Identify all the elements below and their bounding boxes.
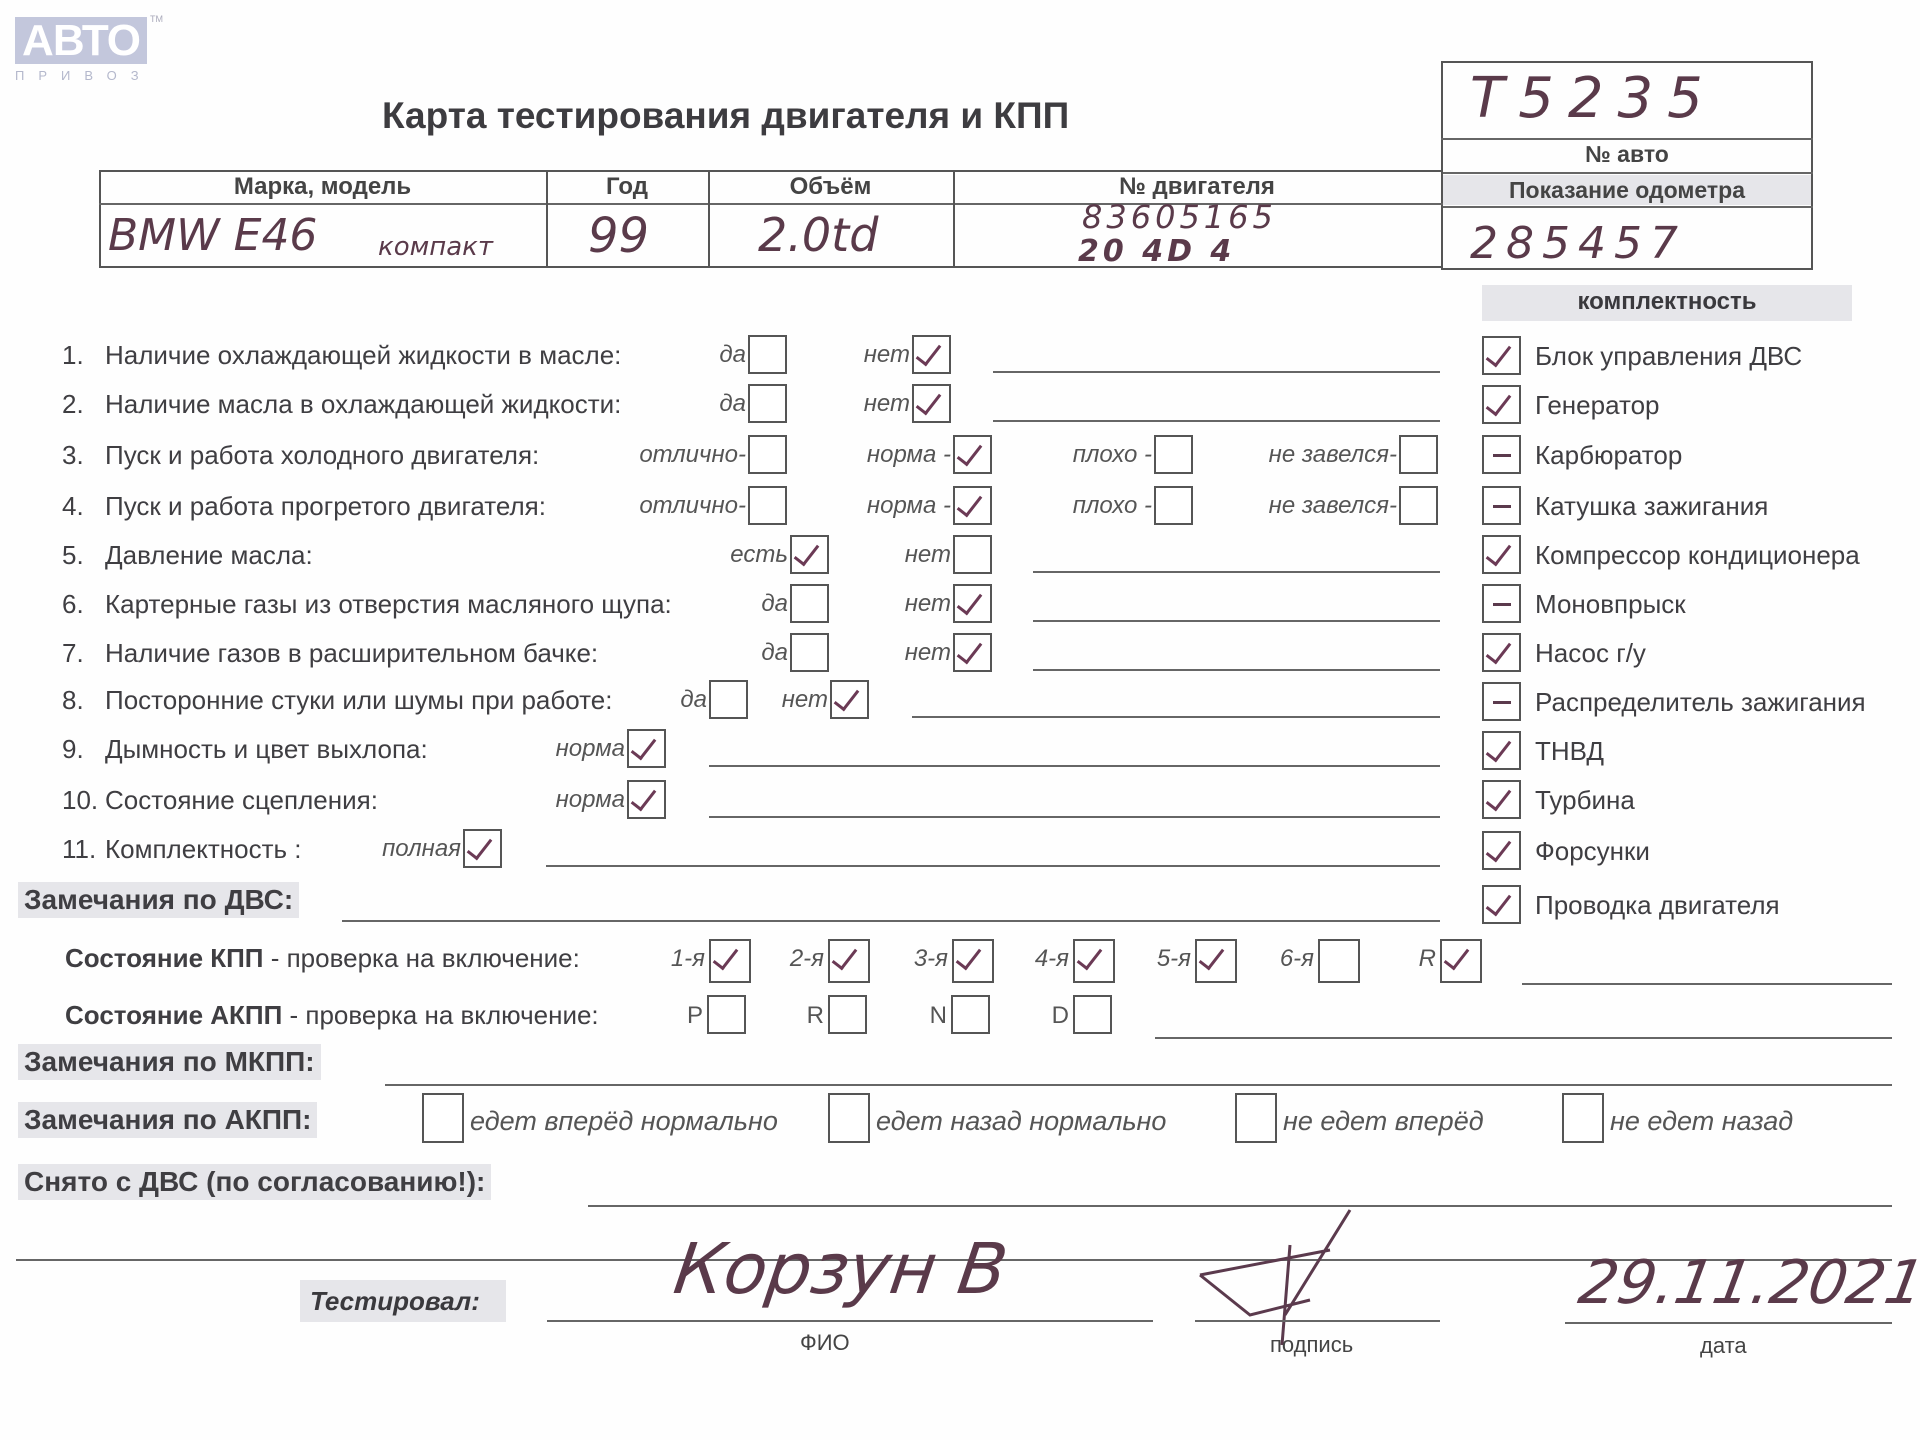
item-number: 3. [62, 440, 84, 471]
completeness-item-label: Моновпрыск [1535, 589, 1686, 620]
item-number: 1. [62, 340, 84, 371]
item-label: Состояние сцепления: [105, 785, 378, 816]
gear-label: 6-я [1248, 945, 1314, 973]
mode-checkbox[interactable] [1073, 995, 1112, 1034]
option-checkbox[interactable] [912, 384, 951, 423]
mkpp-remarks-label: Замечания по МКПП: [18, 1044, 321, 1080]
gear-label: 3-я [880, 945, 948, 973]
completeness-item-label: Карбюратор [1535, 440, 1682, 471]
completeness-item-label: Проводка двигателя [1535, 890, 1780, 921]
mode-label: N [903, 1002, 947, 1030]
akpp-remark-label: не едет вперёд [1283, 1106, 1484, 1137]
item-notes-line[interactable] [1033, 571, 1440, 573]
item-number: 6. [62, 589, 84, 620]
column-header-volume: Объём [708, 173, 953, 201]
mkpp-remarks-line[interactable] [385, 1084, 1892, 1086]
option-checkbox[interactable] [953, 633, 992, 672]
option-label: нет [690, 341, 910, 369]
akpp-remark-label: не едет назад [1610, 1106, 1793, 1137]
auto-gearbox-title: Состояние АКПП [65, 1000, 282, 1030]
completeness-item-label: Компрессор кондиционера [1535, 540, 1860, 571]
completeness-item-label: Блок управления ДВС [1535, 341, 1802, 372]
date-line [1565, 1322, 1892, 1324]
date-caption: дата [1700, 1333, 1747, 1359]
gear-label: 1-я [640, 945, 705, 973]
completeness-checkbox[interactable] [1482, 633, 1521, 672]
item-notes-line[interactable] [993, 371, 1440, 373]
item-label: Давление масла: [105, 540, 313, 571]
mode-checkbox[interactable] [707, 995, 746, 1034]
completeness-item-label: Распределитель зажигания [1535, 687, 1866, 718]
signature-line [1195, 1320, 1440, 1322]
option-checkbox[interactable] [627, 780, 666, 819]
option-label: нет [720, 541, 951, 569]
manual-gearbox-title: Состояние КПП [65, 943, 264, 973]
volume-value[interactable]: 2.0td [758, 208, 878, 262]
gear-checkbox[interactable] [709, 939, 751, 983]
item-notes-line[interactable] [1033, 620, 1440, 622]
item-notes-line[interactable] [709, 816, 1440, 818]
item-number: 4. [62, 491, 84, 522]
engine-remarks-line[interactable] [342, 920, 1440, 922]
completeness-checkbox[interactable] [1482, 780, 1521, 819]
option-checkbox[interactable] [912, 335, 951, 374]
mode-checkbox[interactable] [828, 995, 867, 1034]
item-number: 2. [62, 389, 84, 420]
engine-number-line2[interactable]: 20 4D 4 [1078, 234, 1235, 269]
mode-label: R [780, 1002, 824, 1030]
logo-trademark: TM [150, 14, 163, 24]
item-number: 7. [62, 638, 84, 669]
option-label: норма [375, 786, 625, 814]
gear-label: R [1390, 945, 1436, 973]
column-header-year: Год [546, 173, 708, 201]
completeness-item-label: Насос г/у [1535, 638, 1646, 669]
column-header-model: Марка, модель [99, 173, 546, 201]
divider [1441, 206, 1813, 208]
item-number: 11. [62, 834, 96, 865]
akpp-remark-checkbox[interactable] [422, 1093, 464, 1143]
page-title: Карта тестирования двигателя и КПП [382, 95, 1069, 137]
gear-checkbox[interactable] [1073, 939, 1115, 983]
akpp-remark-label: едет вперёд нормально [470, 1106, 778, 1137]
tester-name[interactable]: Корзун В [669, 1228, 1012, 1310]
completeness-item-label: Генератор [1535, 390, 1660, 421]
auto-gearbox-label: Состояние АКПП - проверка на включение: [65, 1000, 599, 1031]
date-value[interactable]: 29.11.2021 [1574, 1248, 1920, 1318]
akpp-remarks-label: Замечания по АКПП: [18, 1102, 317, 1138]
option-checkbox[interactable] [953, 584, 992, 623]
gear-checkbox[interactable] [1318, 939, 1360, 983]
odometer-label: Показание одометра [1443, 175, 1811, 205]
item-number: 9. [62, 734, 84, 765]
completeness-checkbox[interactable] [1482, 831, 1521, 870]
gear-checkbox[interactable] [828, 939, 870, 983]
divider [1441, 138, 1813, 140]
auto-gearbox-line[interactable] [1155, 1037, 1892, 1039]
logo-subtitle: ПРИВОЗ [15, 68, 153, 83]
option-label: не завелся- [1085, 492, 1397, 520]
car-number-value[interactable]: T5235 [1470, 66, 1717, 131]
car-number-label: № авто [1441, 141, 1813, 168]
column-header-engine-number: № двигателя [953, 173, 1441, 201]
option-label: не завелся- [1085, 441, 1397, 469]
option-label: нет [600, 686, 828, 714]
item-notes-line[interactable] [993, 420, 1440, 422]
option-checkbox[interactable] [953, 535, 992, 574]
option-label: полная [205, 835, 461, 863]
item-notes-line[interactable] [546, 865, 1440, 867]
akpp-remark-checkbox[interactable] [828, 1093, 870, 1143]
gear-label: 5-я [1125, 945, 1191, 973]
gear-checkbox[interactable] [1440, 939, 1482, 983]
gear-checkbox[interactable] [952, 939, 994, 983]
completeness-checkbox[interactable] [1482, 885, 1521, 924]
completeness-checkbox[interactable] [1482, 584, 1521, 623]
akpp-remark-checkbox[interactable] [1562, 1093, 1604, 1143]
option-label: норма [375, 735, 625, 763]
divider [1441, 172, 1813, 174]
completeness-checkbox[interactable] [1482, 435, 1521, 474]
akpp-remark-checkbox[interactable] [1235, 1093, 1277, 1143]
completeness-checkbox[interactable] [1482, 385, 1521, 424]
option-checkbox[interactable] [1399, 435, 1438, 474]
engine-remarks-label: Замечания по ДВС: [18, 882, 299, 918]
signature-caption: подпись [1270, 1332, 1353, 1358]
item-notes-line[interactable] [1033, 669, 1440, 671]
completeness-checkbox[interactable] [1482, 682, 1521, 721]
gear-label: 2-я [760, 945, 824, 973]
option-checkbox[interactable] [830, 680, 869, 719]
manual-gearbox-label: Состояние КПП - проверка на включение: [65, 943, 580, 974]
completeness-checkbox[interactable] [1482, 486, 1521, 525]
model-value[interactable]: BMW E46 [108, 210, 317, 261]
auto-gearbox-subtitle: - проверка на включение: [282, 1000, 598, 1030]
completeness-checkbox[interactable] [1482, 336, 1521, 375]
completeness-item-label: ТНВД [1535, 736, 1604, 767]
manual-gearbox-line[interactable] [1522, 983, 1892, 985]
akpp-remark-label: едет назад нормально [876, 1106, 1166, 1137]
logo: АВТО [15, 17, 147, 64]
tested-by-label: Тестировал: [310, 1286, 480, 1317]
completeness-checkbox[interactable] [1482, 731, 1521, 770]
manual-gearbox-subtitle: - проверка на включение: [264, 943, 580, 973]
item-number: 10. [62, 785, 98, 816]
model-note-value[interactable]: компакт [378, 232, 493, 262]
gear-label: 4-я [1005, 945, 1069, 973]
year-value[interactable]: 99 [588, 208, 649, 264]
option-label: нет [720, 590, 951, 618]
item-label: Наличие охлаждающей жидкости в масле: [105, 340, 621, 371]
option-label: нет [720, 639, 951, 667]
option-checkbox[interactable] [627, 729, 666, 768]
name-line [547, 1320, 1153, 1322]
completeness-item-label: Катушка зажигания [1535, 491, 1768, 522]
mode-label: D [1025, 1002, 1069, 1030]
item-number: 5. [62, 540, 84, 571]
completeness-checkbox[interactable] [1482, 535, 1521, 574]
removed-label: Снято с ДВС (по согласованию!): [18, 1164, 491, 1200]
mode-label: P [660, 1002, 703, 1030]
option-checkbox[interactable] [1399, 486, 1438, 525]
item-label: Наличие масла в охлаждающей жидкости: [105, 389, 621, 420]
item-notes-line[interactable] [912, 716, 1440, 718]
option-label: нет [690, 390, 910, 418]
item-number: 8. [62, 685, 84, 716]
completeness-heading: комплектность [1482, 288, 1852, 316]
item-notes-line[interactable] [709, 765, 1440, 767]
gear-checkbox[interactable] [1195, 939, 1237, 983]
completeness-item-label: Форсунки [1535, 836, 1650, 867]
odometer-value[interactable]: 285457 [1470, 218, 1686, 269]
completeness-item-label: Турбина [1535, 785, 1635, 816]
name-caption: ФИО [800, 1330, 850, 1356]
item-label: Наличие газов в расширительном бачке: [105, 638, 598, 669]
engine-number-line1[interactable]: 83605165 [1082, 198, 1277, 236]
option-checkbox[interactable] [463, 829, 502, 868]
mode-checkbox[interactable] [951, 995, 990, 1034]
